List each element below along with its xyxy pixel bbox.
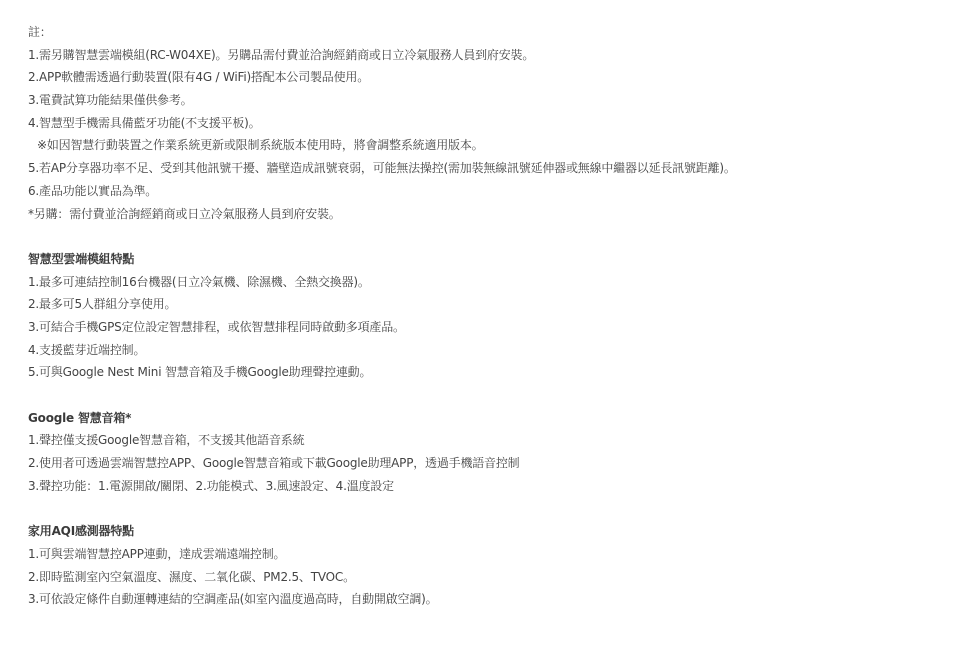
note-item: 3.電費試算功能結果僅供參考。 [28, 89, 958, 112]
cloud-module-item: 4.支援藍芽近端控制。 [28, 339, 958, 362]
aqi-sensor-heading: 家用AQI感測器特點 [28, 520, 958, 543]
note-item: 2.APP軟體需透過行動裝置(限有4G / WiFi)搭配本公司製品使用。 [28, 66, 958, 89]
aqi-sensor-section: 家用AQI感測器特點 1.可與雲端智慧控APP連動，達成雲端遠端控制。 2.即時… [28, 520, 958, 611]
google-speaker-heading: Google 智慧音箱* [28, 407, 958, 430]
section-spacer [28, 384, 958, 407]
cloud-module-item: 2.最多可5人群組分享使用。 [28, 293, 958, 316]
google-speaker-item: 3.聲控功能：1.電源開啟/關閉、2.功能模式、3.風速設定、4.溫度設定 [28, 475, 958, 498]
note-item: 6.產品功能以實品為準。 [28, 180, 958, 203]
aqi-sensor-item: 2.即時監測室內空氣溫度、濕度、二氧化碳、PM2.5、TVOC。 [28, 566, 958, 589]
notes-title: 註： [28, 21, 958, 44]
cloud-module-item: 3.可結合手機GPS定位設定智慧排程，或依智慧排程同時啟動多項產品。 [28, 316, 958, 339]
cloud-module-item: 1.最多可連結控制16台機器(日立冷氣機、除濕機、全熱交換器)。 [28, 271, 958, 294]
cloud-module-heading: 智慧型雲端模組特點 [28, 248, 958, 271]
cloud-module-section: 智慧型雲端模組特點 1.最多可連結控制16台機器(日立冷氣機、除濕機、全熱交換器… [28, 248, 958, 384]
aqi-sensor-item: 3.可依設定條件自動運轉連結的空調產品(如室內溫度過高時，自動開啟空調)。 [28, 588, 958, 611]
google-speaker-section: Google 智慧音箱* 1.聲控僅支援Google智慧音箱，不支援其他語音系統… [28, 407, 958, 498]
note-item: 1.需另購智慧雲端模組(RC-W04XE)。另購品需付費並洽詢經銷商或日立冷氣服… [28, 44, 958, 67]
section-spacer [28, 225, 958, 248]
aqi-sensor-item: 1.可與雲端智慧控APP連動，達成雲端遠端控制。 [28, 543, 958, 566]
notes-section: 註： 1.需另購智慧雲端模組(RC-W04XE)。另購品需付費並洽詢經銷商或日立… [28, 21, 958, 225]
section-spacer [28, 497, 958, 520]
note-item: *另購：需付費並洽詢經銷商或日立冷氣服務人員到府安裝。 [28, 203, 958, 226]
google-speaker-item: 1.聲控僅支援Google智慧音箱，不支援其他語音系統 [28, 429, 958, 452]
google-speaker-item: 2.使用者可透過雲端智慧控APP、Google智慧音箱或下載Google助理AP… [28, 452, 958, 475]
note-item: 4.智慧型手機需具備藍牙功能(不支援平板)。 [28, 112, 958, 135]
product-notes-document: 註： 1.需另購智慧雲端模組(RC-W04XE)。另購品需付費並洽詢經銷商或日立… [28, 21, 958, 611]
note-item: 5.若AP分享器功率不足、受到其他訊號干擾、牆壁造成訊號衰弱，可能無法操控(需加… [28, 157, 958, 180]
note-remark: ※如因智慧行動裝置之作業系統更新或限制系統版本使用時，將會調整系統適用版本。 [28, 134, 958, 157]
cloud-module-item: 5.可與Google Nest Mini 智慧音箱及手機Google助理聲控連動… [28, 361, 958, 384]
